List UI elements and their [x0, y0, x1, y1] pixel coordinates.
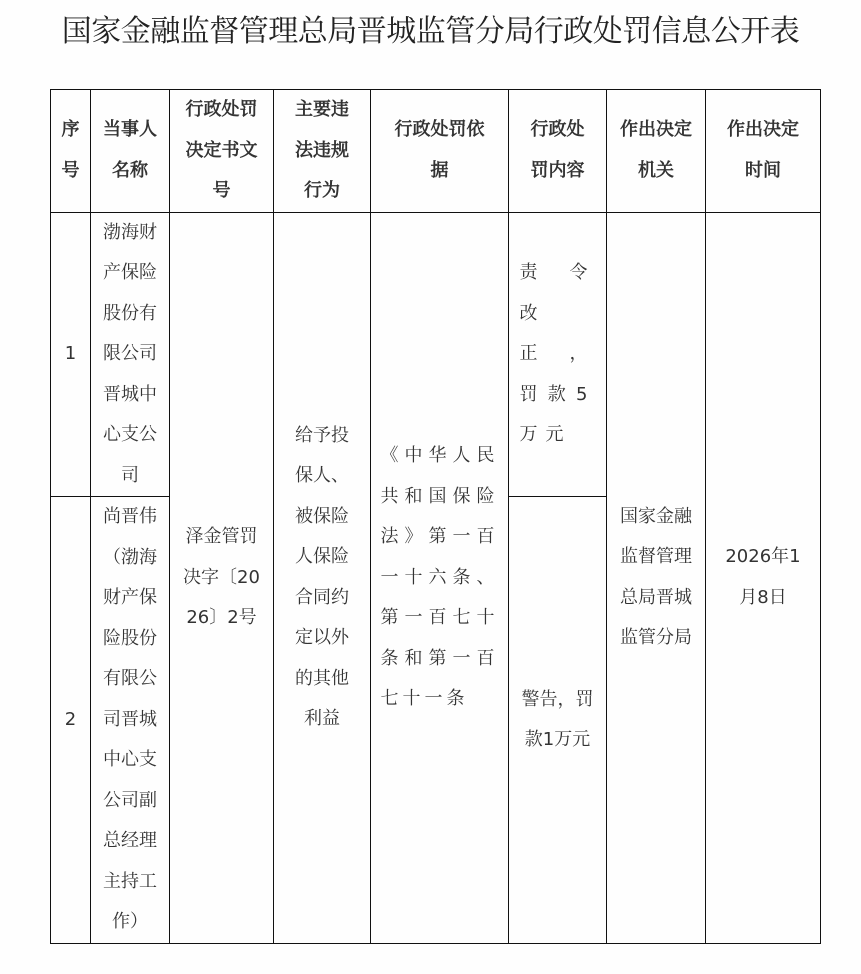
- legal-basis: 《中华人民共和国保险法》第一百一十六条、第一百七十条和第一百七十一条: [371, 212, 509, 944]
- penalty-table: 序号 当事人名称 行政处罚决定书文号 主要违法违规行为 行政处罚依据 行政处罚内…: [50, 89, 821, 944]
- header-party: 当事人名称: [91, 90, 170, 213]
- header-row: 序号 当事人名称 行政处罚决定书文号 主要违法违规行为 行政处罚依据 行政处罚内…: [51, 90, 821, 213]
- header-legal-basis: 行政处罚依据: [371, 90, 509, 213]
- header-index: 序号: [51, 90, 91, 213]
- table-row: 1 渤海财产保险股份有限公司晋城中心支公司 泽金管罚决字〔2026〕2号 给予投…: [51, 212, 821, 497]
- page-title: 国家金融监督管理总局晋城监管分局行政处罚信息公开表: [0, 6, 861, 50]
- penalty-content: 责令改正，罚款5万元: [509, 212, 607, 497]
- penalty-content: 警告，罚款1万元: [509, 497, 607, 944]
- party-name: 渤海财产保险股份有限公司晋城中心支公司: [91, 212, 170, 497]
- header-violation: 主要违法违规行为: [274, 90, 371, 213]
- header-decision-date: 作出决定时间: [706, 90, 821, 213]
- decision-date: 2026年1月8日: [706, 212, 821, 944]
- row-index: 2: [51, 497, 91, 944]
- authority: 国家金融监督管理总局晋城监管分局: [607, 212, 706, 944]
- header-decision-number: 行政处罚决定书文号: [170, 90, 274, 213]
- header-penalty-content: 行政处罚内容: [509, 90, 607, 213]
- row-index: 1: [51, 212, 91, 497]
- violation: 给予投保人、被保险人保险合同约定以外的其他利益: [274, 212, 371, 944]
- header-authority: 作出决定机关: [607, 90, 706, 213]
- party-name: 尚晋伟（渤海财产保险股份有限公司晋城中心支公司副总经理主持工作）: [91, 497, 170, 944]
- decision-number: 泽金管罚决字〔2026〕2号: [170, 212, 274, 944]
